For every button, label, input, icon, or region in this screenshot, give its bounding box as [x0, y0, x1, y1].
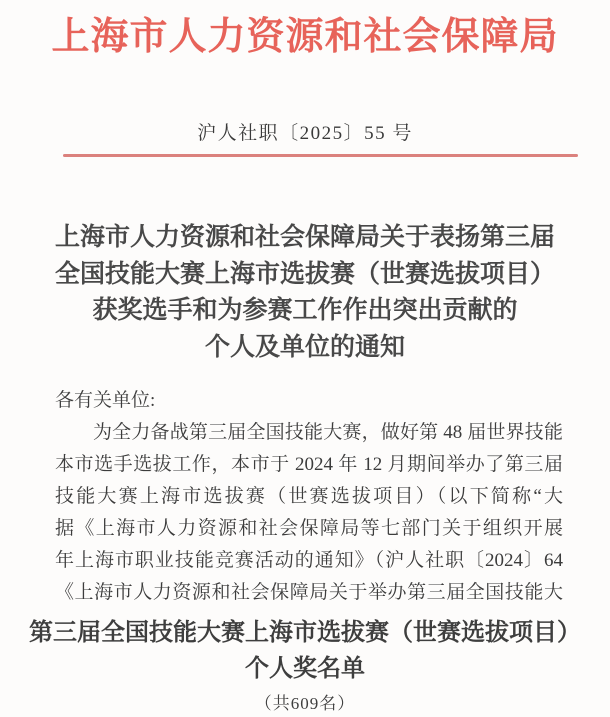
award-list-count: （共609名）: [0, 690, 610, 717]
notice-title: 上海市人力资源和社会保障局关于表扬第三届 全国技能大赛上海市选拔赛（世赛选拔项目…: [30, 220, 580, 366]
document-number: 沪人社职〔2025〕55 号: [0, 118, 610, 150]
award-list-title: 第三届全国技能大赛上海市选拔赛（世赛选拔项目） 个人奖名单: [0, 616, 610, 687]
red-separator-line: [63, 154, 578, 157]
notice-title-line: 上海市人力资源和社会保障局关于表扬第三届: [30, 220, 580, 257]
body-line: 据《上海市人力资源和社会保障局等七部门关于组织开展 2024: [55, 513, 563, 545]
body-line: 为全力备战第三届全国技能大赛，做好第 48 届世界技能大赛: [55, 417, 563, 449]
notice-title-line: 获奖选手和为参赛工作作出突出贡献的: [30, 293, 580, 330]
body-line: 年上海市职业技能竞赛活动的通知》（沪人社职〔2024〕64 号）、: [55, 545, 563, 577]
notice-body: 各有关单位: 为全力备战第三届全国技能大赛，做好第 48 届世界技能大赛 本市选…: [55, 385, 563, 609]
body-line: 技能大赛上海市选拔赛（世赛选拔项目）（以下简称“大赛”）。根: [55, 481, 563, 513]
body-line: 本市选手选拔工作，本市于 2024 年 12 月期间举办了第三届全国: [55, 449, 563, 481]
award-list-title-line: 第三届全国技能大赛上海市选拔赛（世赛选拔项目）: [0, 616, 610, 652]
notice-title-line: 个人及单位的通知: [30, 330, 580, 367]
notice-title-line: 全国技能大赛上海市选拔赛（世赛选拔项目）: [30, 257, 580, 294]
award-list-title-line: 个人奖名单: [0, 652, 610, 688]
agency-letterhead: 上海市人力资源和社会保障局: [0, 6, 610, 68]
body-line: 《上海市人力资源和社会保障局关于举办第三届全国技能大赛上: [55, 577, 563, 609]
salutation: 各有关单位:: [55, 385, 563, 417]
